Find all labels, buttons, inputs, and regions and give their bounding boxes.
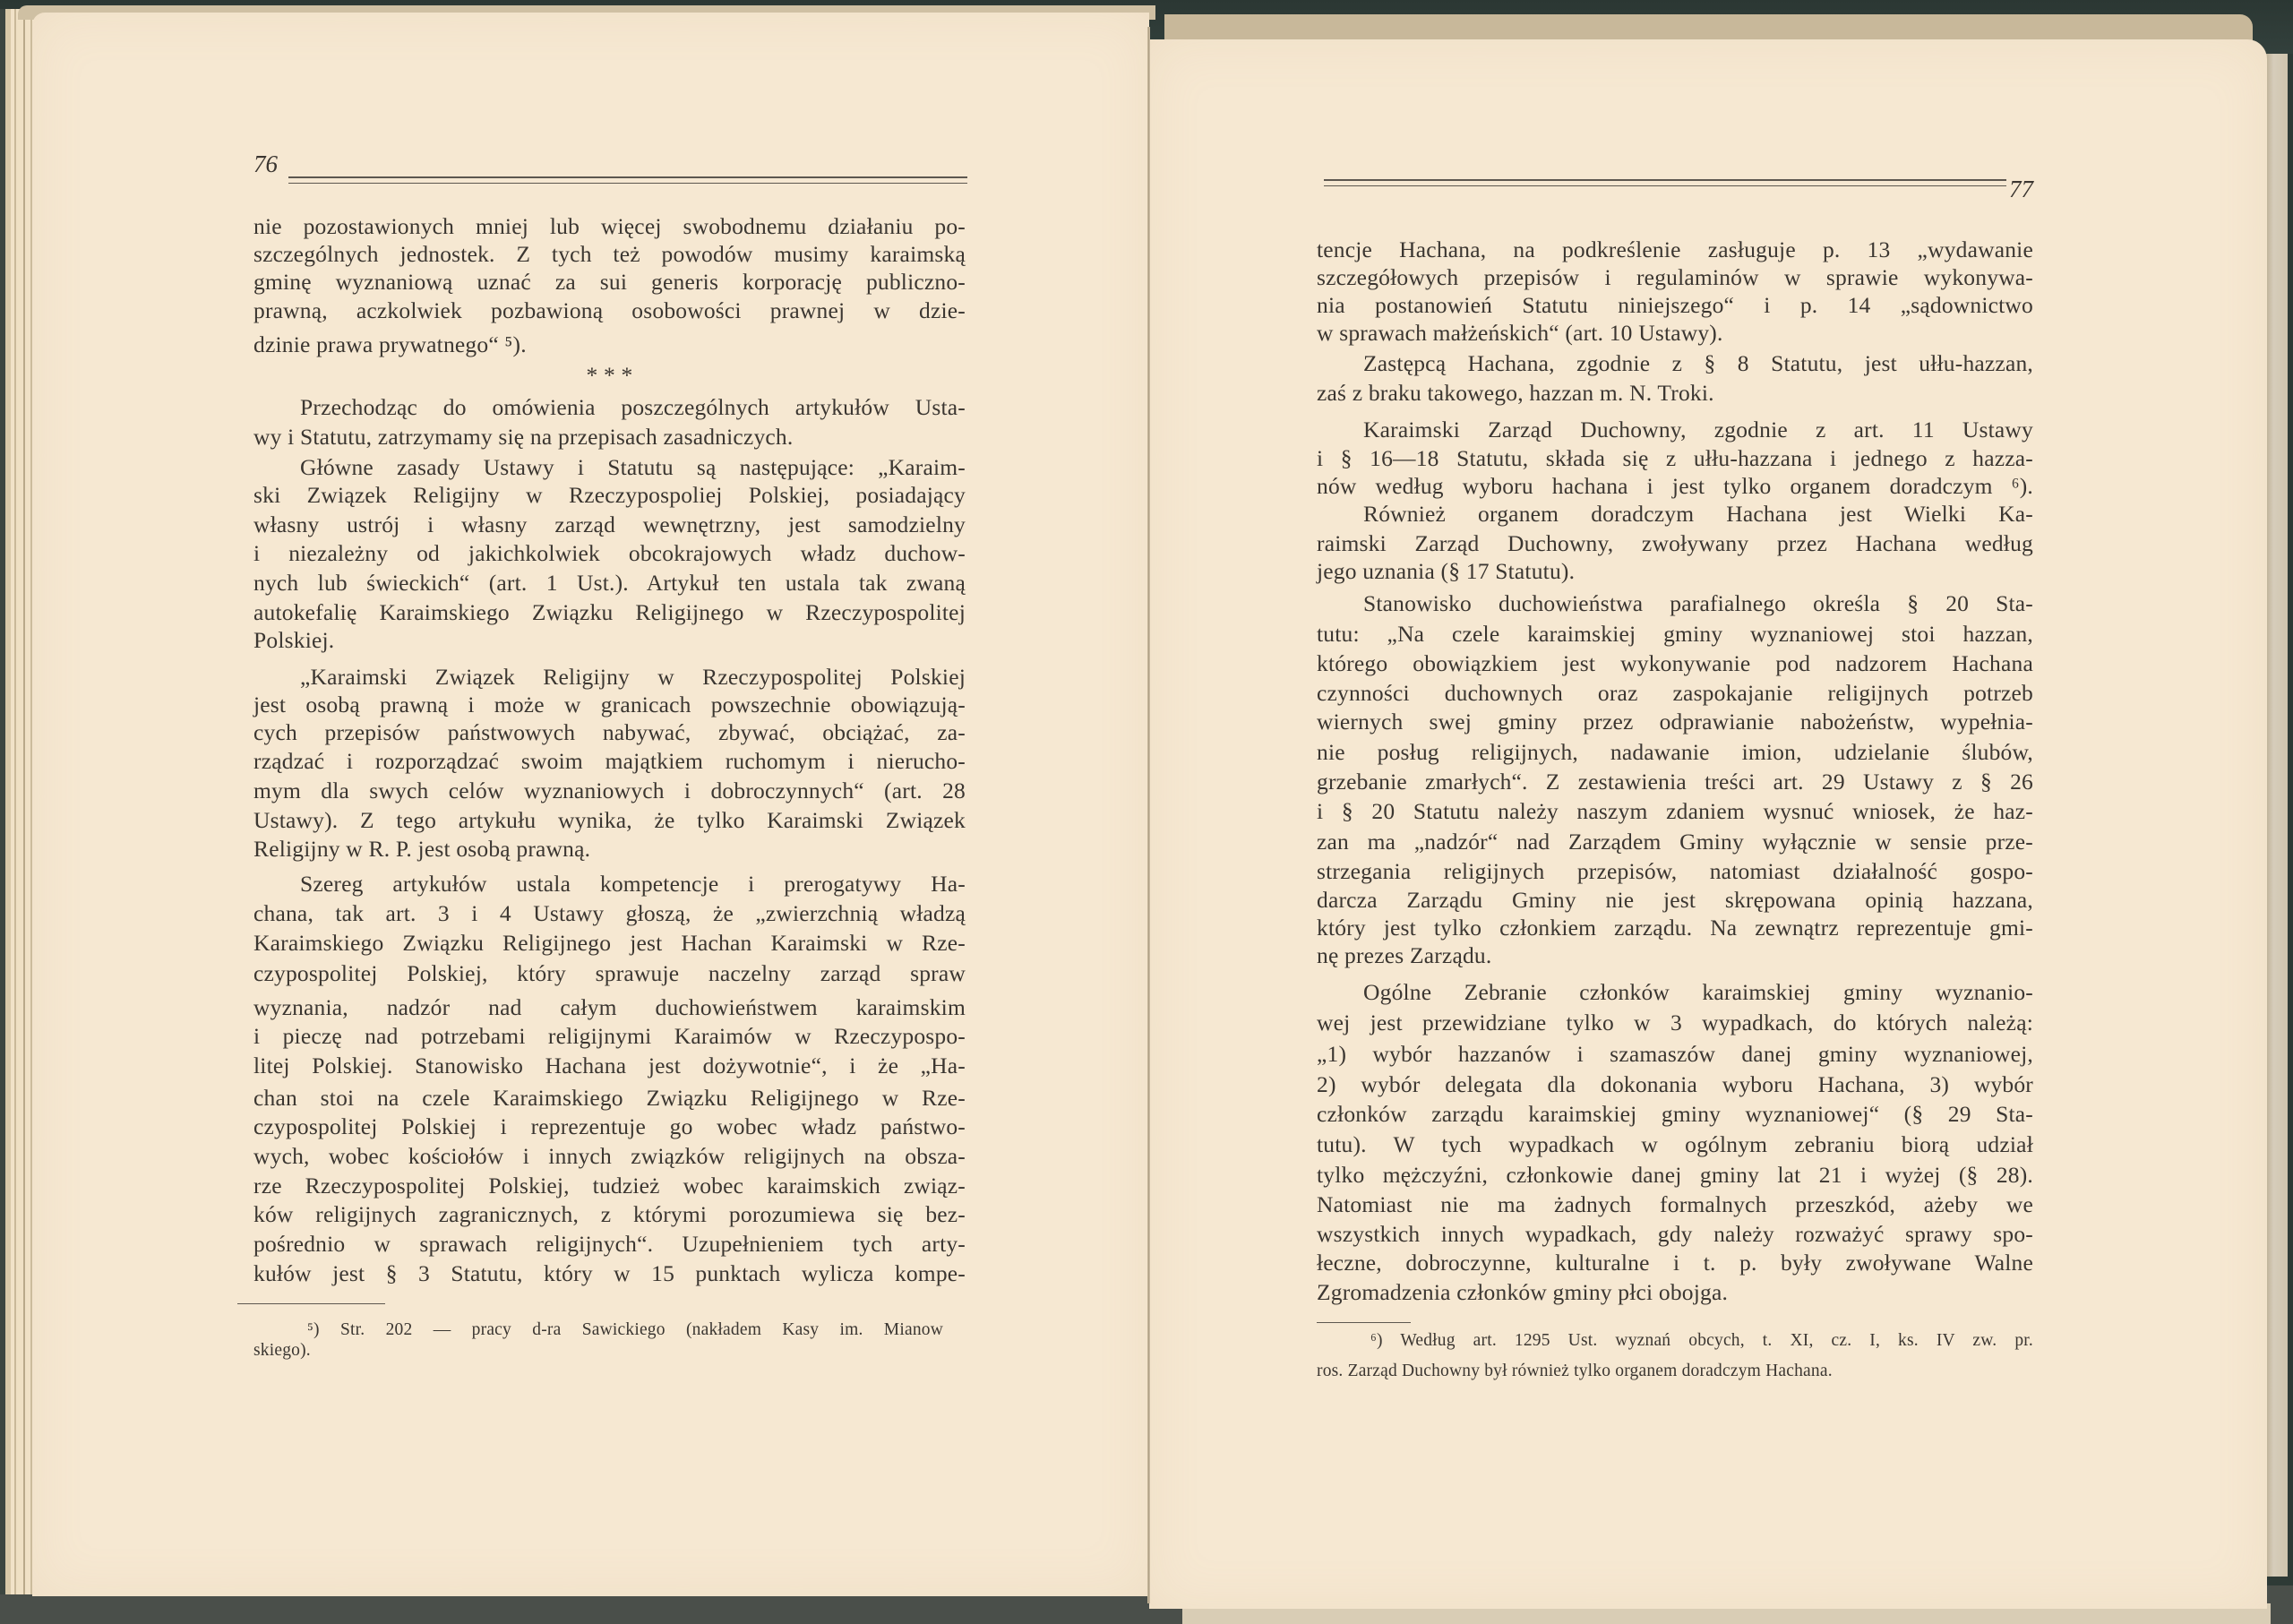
text-line: Główne zasady Ustawy i Statutu są następ…	[300, 452, 966, 483]
text-line: który jest tylko członkiem zarządu. Na z…	[1317, 913, 2033, 943]
text-line: rze Rzeczypospolitej Polskiej, tudzież w…	[253, 1171, 966, 1201]
book-edge-right	[2264, 54, 2288, 1577]
text-line: 2) wybór delegata dla dokonania wyboru H…	[1317, 1070, 2033, 1100]
text-line: Zgromadzenia członków gminy płci obojga.	[1317, 1277, 2033, 1308]
text-line: pośrednio w sprawach religijnych“. Uzupe…	[253, 1229, 966, 1259]
text-line: szczególnych jednostek. Z tych też powod…	[253, 239, 966, 270]
text-line: nie pozostawionych mniej lub więcej swob…	[253, 211, 966, 242]
text-line: „Karaimski Związek Religijny w Rzeczypos…	[300, 662, 966, 692]
text-line: czynności duchownych oraz zaspokajanie r…	[1317, 678, 2033, 709]
text-line: członków zarządu karaimskiej gminy wyzna…	[1317, 1099, 2033, 1130]
footnote-line: ⁶) Według art. 1295 Ust. wyznań obcych, …	[1370, 1329, 2033, 1353]
text-line: w sprawach małżeńskich“ (art. 10 Ustawy)…	[1317, 318, 2033, 348]
text-line: i pieczę nad potrzebami religijnymi Kara…	[253, 1021, 966, 1052]
text-line: wiernych swej gminy przez odprawianie na…	[1317, 707, 2033, 737]
text-line: nia postanowień Statutu niniejszego“ i p…	[1317, 290, 2033, 321]
text-line: Karaimski Zarząd Duchowny, zgodnie z art…	[1363, 415, 2033, 445]
left-header-rule-bottom	[288, 183, 967, 184]
left-footnote-rule	[237, 1303, 385, 1304]
footnote-line: ros. Zarząd Duchowny był również tylko o…	[1317, 1360, 2033, 1383]
text-line: litej Polskiej. Stanowisko Hachana jest …	[253, 1051, 966, 1081]
text-line: prawną, aczkolwiek pozbawioną osobowości…	[253, 296, 966, 326]
text-line: wszystkich innych wypadkach, gdy należy …	[1317, 1219, 2033, 1250]
text-line: raimski Zarząd Duchowny, zwoływany przez…	[1317, 528, 2033, 559]
text-line: łeczne, dobroczynne, kulturalne i t. p. …	[1317, 1248, 2033, 1278]
text-line: ski Związek Religijny w Rzeczypospoliej …	[253, 480, 966, 511]
text-line: gminę wyznaniową uznać za sui generis ko…	[253, 267, 966, 297]
text-line: grzebanie zmarłych“. Z zestawienia treśc…	[1317, 767, 2033, 797]
text-line: którego obowiązkiem jest wykonywanie pod…	[1317, 649, 2033, 679]
text-line: czypospolitej Polskiej i reprezentuje go…	[253, 1112, 966, 1142]
right-footnote-rule	[1317, 1322, 1411, 1323]
text-line: własny ustrój i własny zarząd wewnętrzny…	[253, 510, 966, 540]
text-line: nów według wyboru hachana i jest tylko o…	[1317, 471, 2033, 502]
text-line: Zastępcą Hachana, zgodnie z § 8 Statutu,…	[1363, 348, 2033, 379]
text-line: Polskiej.	[253, 625, 966, 656]
text-line: tutu). W tych wypadkach w ogólnym zebran…	[1317, 1130, 2033, 1160]
text-line: Religijny w R. P. jest osobą prawną.	[253, 834, 966, 864]
text-line: Natomiast nie ma żadnych formalnych prze…	[1317, 1190, 2033, 1220]
text-line: Ogólne Zebranie członków karaimskiej gmi…	[1363, 977, 2033, 1008]
text-line: nę prezes Zarządu.	[1317, 941, 2033, 971]
text-line: kułów jest § 3 Statutu, który w 15 punkt…	[253, 1259, 966, 1289]
text-line: darcza Zarządu Gminy nie jest skrępowana…	[1317, 885, 2033, 915]
text-line: czypospolitej Polskiej, który sprawuje n…	[253, 958, 966, 989]
text-line: szczegółowych przepisów i regulaminów w …	[1317, 262, 2033, 293]
text-line: mym dla swych celów wyznaniowych i dobro…	[253, 776, 966, 806]
text-line: „1) wybór hazzanów i szamaszów danej gmi…	[1317, 1039, 2033, 1070]
left-page-number: 76	[253, 150, 278, 178]
text-line: dzinie prawa prywatnego“ ⁵).	[253, 330, 966, 360]
text-line: jest osobą prawną i może w granicach pow…	[253, 690, 966, 720]
text-line: i niezależny od jakichkolwiek obcokrajow…	[253, 538, 966, 569]
text-line: Przechodząc do omówienia poszczególnych …	[300, 392, 966, 423]
text-line: rządzać i rozporządzać swoim majątkiem r…	[253, 746, 966, 777]
text-line: Stanowisko duchowieństwa parafialnego ok…	[1363, 589, 2033, 619]
text-line: ków religijnych zagranicznych, z którymi…	[253, 1199, 966, 1230]
footnote-line: skiego).	[253, 1339, 943, 1362]
text-line: tencje Hachana, na podkreślenie zasługuj…	[1317, 235, 2033, 265]
text-line: Karaimskiego Związku Religijnego jest Ha…	[253, 928, 966, 958]
text-line: wych, wobec kościołów i innych związków …	[253, 1141, 966, 1172]
text-line: * * *	[253, 360, 966, 391]
text-line: i § 20 Statutu należy naszym zdaniem wys…	[1317, 796, 2033, 827]
text-line: tutu: „Na czele karaimskiej gminy wyznan…	[1317, 619, 2033, 649]
right-header-rule-top	[1324, 179, 2006, 181]
text-line: autokefalię Karaimskiego Związku Religij…	[253, 597, 966, 628]
right-page-number: 77	[2009, 176, 2033, 203]
text-line: wej jest przewidziane tylko w 3 wypadkac…	[1317, 1008, 2033, 1038]
text-line: zaś z braku takowego, hazzan m. N. Troki…	[1317, 378, 2033, 408]
text-line: nych lub świeckich“ (art. 1 Ust.). Artyk…	[253, 568, 966, 598]
text-line: chana, tak art. 3 i 4 Ustawy głoszą, że …	[253, 898, 966, 929]
text-line: cych przepisów państwowych nabywać, zbyw…	[253, 717, 966, 748]
book-gutter	[1147, 27, 1150, 1603]
text-line: i § 16—18 Statutu, składa się z ułłu-haz…	[1317, 443, 2033, 474]
text-line: wy i Statutu, zatrzymamy się na przepisa…	[253, 422, 966, 452]
text-line: chan stoi na czele Karaimskiego Związku …	[253, 1083, 966, 1113]
text-line: Szereg artykułów ustala kompetencje i pr…	[300, 869, 966, 899]
text-line: strzegania religijnych przepisów, natomi…	[1317, 856, 2033, 887]
text-line: Również organem doradczym Hachana jest W…	[1363, 499, 2033, 529]
text-line: wyznania, nadzór nad całym duchowieństwe…	[253, 992, 966, 1023]
text-line: Ustawy). Z tego artykułu wynika, że tylk…	[253, 805, 966, 836]
left-header-rule-top	[288, 176, 967, 178]
text-line: nie posług religijnych, nadawanie imion,…	[1317, 737, 2033, 768]
text-line: tylko mężczyźni, członkowie danej gminy …	[1317, 1160, 2033, 1190]
right-header-rule-bottom	[1324, 185, 2006, 186]
text-line: zan ma „nadzór“ nad Zarządem Gminy wyłąc…	[1317, 827, 2033, 857]
text-line: jego uznania (§ 17 Statutu).	[1317, 556, 2033, 587]
